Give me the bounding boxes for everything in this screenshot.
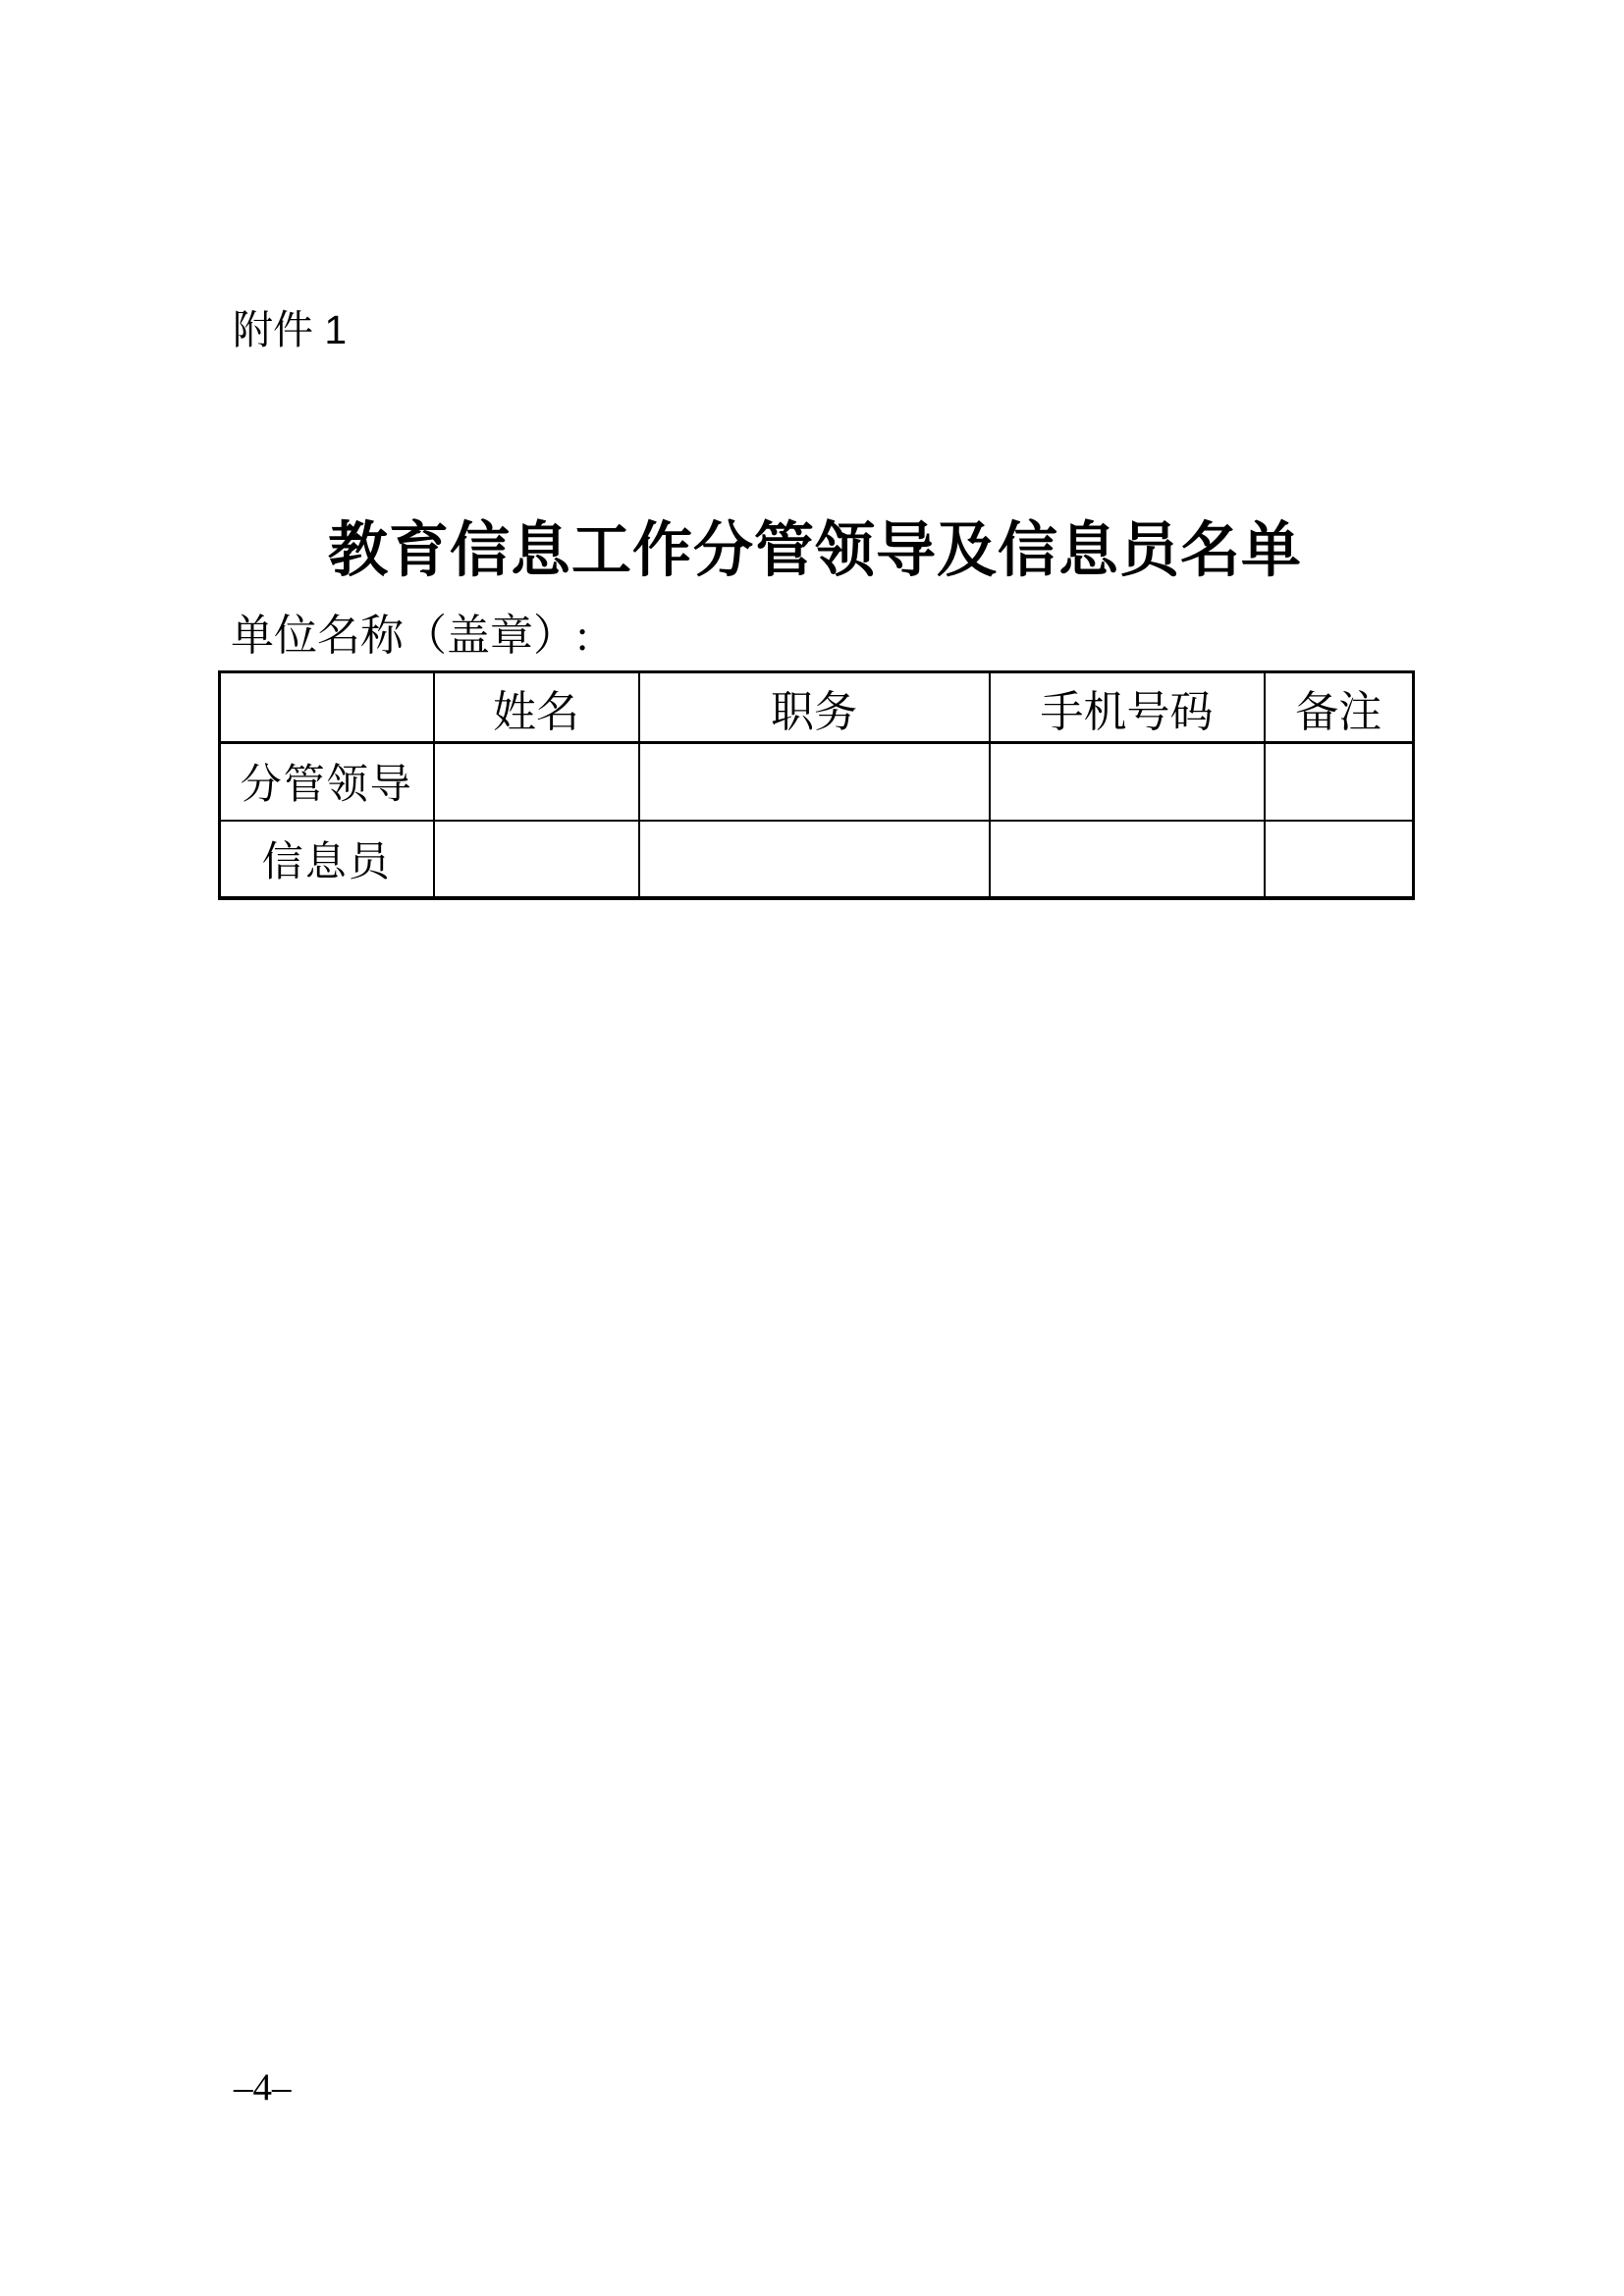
attachment-label: 附件 1 [233,306,347,354]
header-cell-empty [220,672,434,743]
table-row-officer: 信息员 [220,821,1414,898]
cell-officer-phone [990,821,1265,898]
page-number: –4– [234,2065,292,2111]
unit-name-seal-label: 单位名称（盖章）: [231,611,588,663]
header-cell-name: 姓名 [434,672,639,743]
page-title: 教育信息工作分管领导及信息员名单 [218,518,1412,584]
header-cell-phone: 手机号码 [990,672,1265,743]
header-cell-note: 备注 [1265,672,1414,743]
cell-officer-name [434,821,639,898]
cell-leader-note [1265,743,1414,821]
roster-table: 姓名 职务 手机号码 备注 分管领导 信息员 [218,670,1415,900]
cell-leader-phone [990,743,1265,821]
document-page: 附件 1 教育信息工作分管领导及信息员名单 单位名称（盖章）: 姓名 职务 手机… [0,0,1624,2296]
row-label-leader: 分管领导 [220,743,434,821]
cell-leader-name [434,743,639,821]
cell-officer-note [1265,821,1414,898]
table-row-leader: 分管领导 [220,743,1414,821]
row-label-officer: 信息员 [220,821,434,898]
cell-officer-duty [639,821,990,898]
cell-leader-duty [639,743,990,821]
table-header-row: 姓名 职务 手机号码 备注 [220,672,1414,743]
header-cell-duty: 职务 [639,672,990,743]
